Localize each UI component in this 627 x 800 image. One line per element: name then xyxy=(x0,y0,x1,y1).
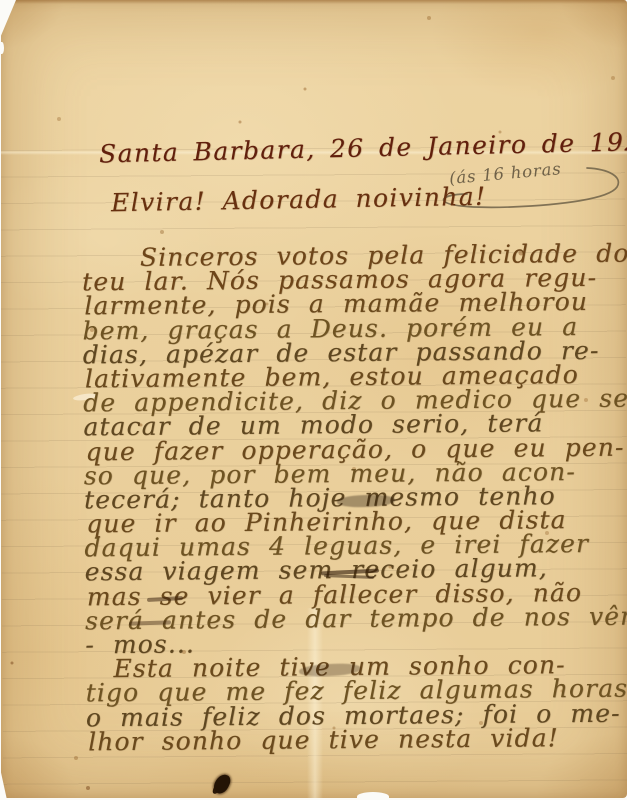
handwriting-line: lhor sonho que tive nesta vida! xyxy=(88,725,626,754)
scanned-letter-screenshot: Santa Barbara, 26 de Janeiro de 1928. (á… xyxy=(0,0,627,800)
torn-edge-sliver xyxy=(0,42,4,54)
letter-page: Santa Barbara, 26 de Janeiro de 1928. (á… xyxy=(1,0,627,798)
worn-bottom-edge xyxy=(357,792,389,800)
